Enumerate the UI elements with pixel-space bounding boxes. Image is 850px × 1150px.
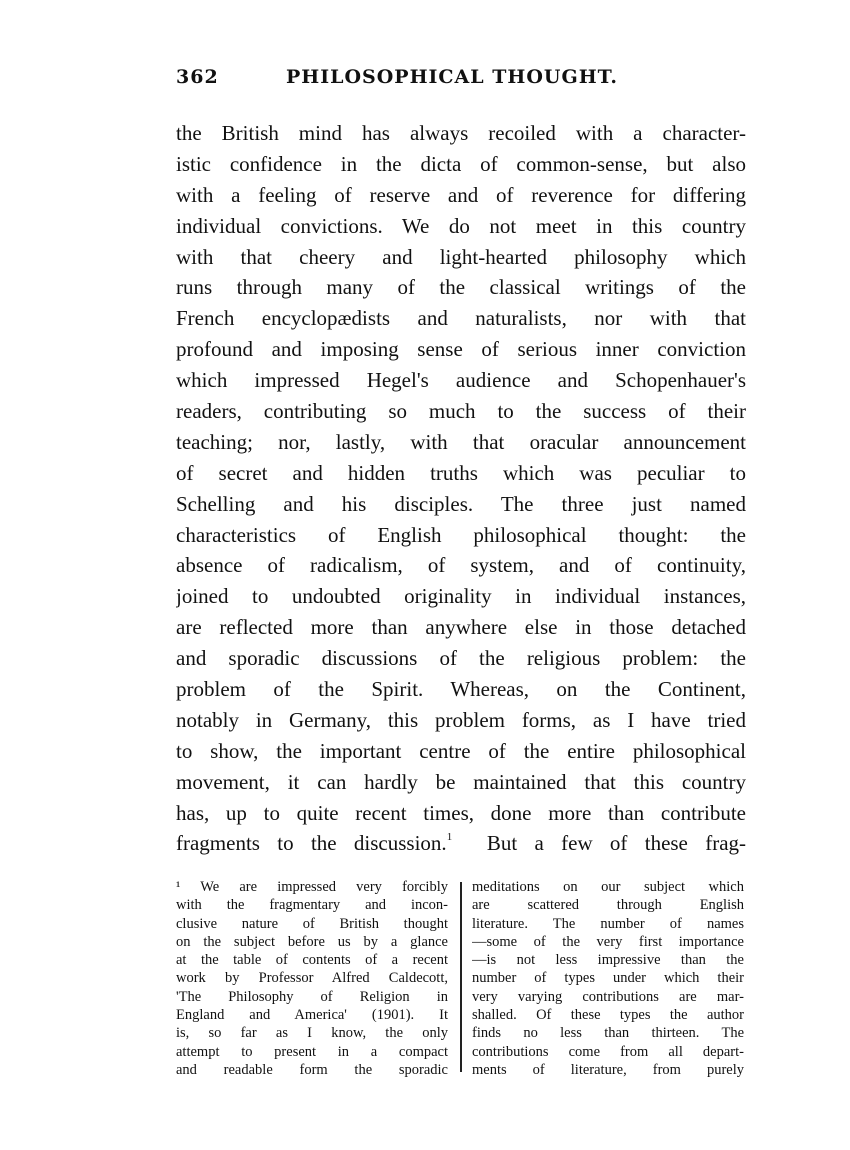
body-line: movement, it can hardly be maintained th… <box>176 767 746 798</box>
footnote-reference[interactable]: 1 <box>447 831 453 843</box>
page-number: 362 <box>176 66 219 88</box>
footnote-line: England and America' (1901). It <box>176 1006 448 1024</box>
body-line: French encyclopædists and naturalists, n… <box>176 303 746 334</box>
footnote-line: —is not less impressive than the <box>472 951 744 969</box>
body-text: the British mind has always recoiled wit… <box>176 118 746 859</box>
body-line: absence of radicalism, of system, and of… <box>176 550 746 581</box>
footnote-line: 'The Philosophy of Religion in <box>176 988 448 1006</box>
footnote-line: meditations on our subject which <box>472 878 744 896</box>
body-line: problem of the Spirit. Whereas, on the C… <box>176 674 746 705</box>
footnote-column-left: ¹ We are impressed very forcibly with th… <box>176 878 448 1079</box>
footnote-line: with the fragmentary and incon- <box>176 896 448 914</box>
body-line: runs through many of the classical writi… <box>176 272 746 303</box>
footnote-column-right: meditations on our subject which are sca… <box>472 878 744 1079</box>
footnote-line: contributions come from all depart- <box>472 1043 744 1061</box>
footnote-line: ¹ We are impressed very forcibly <box>176 878 448 896</box>
footnote-line: shalled. Of these types the author <box>472 1006 744 1024</box>
body-line-last: fragments to the discussion.1 But a few … <box>176 828 746 859</box>
body-line: profound and imposing sense of serious i… <box>176 334 746 365</box>
running-title: PHILOSOPHICAL THOUGHT. <box>286 66 618 88</box>
body-line: and sporadic discussions of the religiou… <box>176 643 746 674</box>
body-line: the British mind has always recoiled wit… <box>176 118 746 149</box>
footnote-line: is, so far as I know, the only <box>176 1024 448 1042</box>
body-line: which impressed Hegel's audience and Sch… <box>176 365 746 396</box>
body-line: joined to undoubted originality in indiv… <box>176 581 746 612</box>
footnote-line: work by Professor Alfred Caldecott, <box>176 969 448 987</box>
footnote-line: ments of literature, from purely <box>472 1061 744 1079</box>
footnote-line: finds no less than thirteen. The <box>472 1024 744 1042</box>
footnote-line: literature. The number of names <box>472 915 744 933</box>
running-header: 362 PHILOSOPHICAL THOUGHT. <box>176 66 746 96</box>
body-line: are reflected more than anywhere else in… <box>176 612 746 643</box>
book-page: 362 PHILOSOPHICAL THOUGHT. the British m… <box>0 0 850 1150</box>
column-divider <box>460 882 462 1072</box>
footnote-line: very varying contributions are mar- <box>472 988 744 1006</box>
body-line: of secret and hidden truths which was pe… <box>176 458 746 489</box>
footnotes: ¹ We are impressed very forcibly with th… <box>176 878 746 1078</box>
footnote-line: —some of the very first importance <box>472 933 744 951</box>
body-line: with a feeling of reserve and of reveren… <box>176 180 746 211</box>
body-line: readers, contributing so much to the suc… <box>176 396 746 427</box>
footnote-line: clusive nature of British thought <box>176 915 448 933</box>
body-line: notably in Germany, this problem forms, … <box>176 705 746 736</box>
footnote-line: are scattered through English <box>472 896 744 914</box>
body-line: individual convictions. We do not meet i… <box>176 211 746 242</box>
footnote-line: and readable form the sporadic <box>176 1061 448 1079</box>
body-line: to show, the important centre of the ent… <box>176 736 746 767</box>
footnote-line: attempt to present in a compact <box>176 1043 448 1061</box>
body-line: teaching; nor, lastly, with that oracula… <box>176 427 746 458</box>
footnote-line: on the subject before us by a glance <box>176 933 448 951</box>
body-line: with that cheery and light-hearted philo… <box>176 242 746 273</box>
body-line: has, up to quite recent times, done more… <box>176 798 746 829</box>
footnote-line: at the table of contents of a recent <box>176 951 448 969</box>
body-text-fragment: But a few of these frag- <box>452 831 746 855</box>
body-line: characteristics of English philosophical… <box>176 520 746 551</box>
body-line: istic confidence in the dicta of common-… <box>176 149 746 180</box>
body-line: Schelling and his disciples. The three j… <box>176 489 746 520</box>
footnote-line: number of types under which their <box>472 969 744 987</box>
body-text-fragment: fragments to the discussion. <box>176 831 447 855</box>
